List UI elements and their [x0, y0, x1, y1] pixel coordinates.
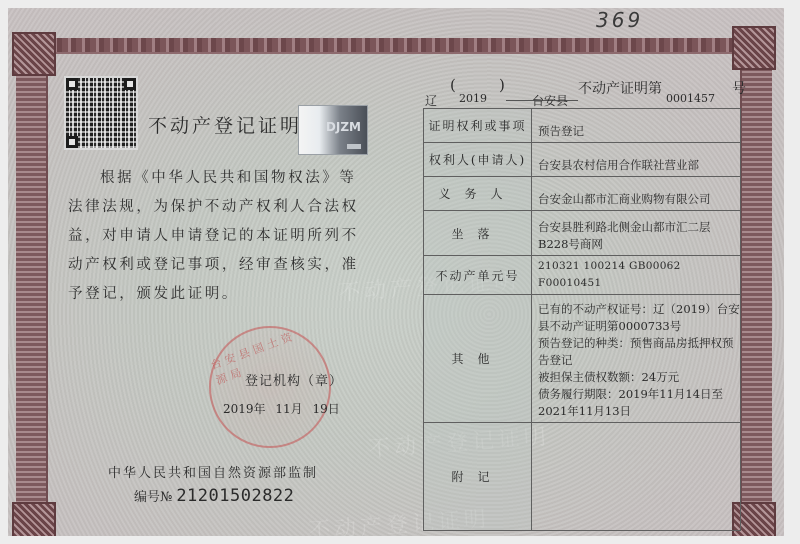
row-value: 台安县胜利路北侧金山都市汇二层B228号商网 — [532, 211, 741, 256]
handwritten-number: 369 — [596, 8, 643, 32]
registration-table: 证明权利或事项 预告登记 权利人(申请人) 台安县农村信用合作联社营业部 义务人… — [423, 108, 741, 531]
table-row: 义务人 台安金山都市汇商业购物有限公司 — [424, 177, 741, 211]
header-province: 辽 — [425, 92, 437, 109]
header-year: 2019 — [459, 92, 487, 105]
table-row: 附记 — [424, 423, 741, 531]
table-row: 不动产单元号 210321 100214 GB00062 F00010451 — [424, 256, 741, 295]
certificate-paper: 不动产登记证明 不动产登记证明 不动产登记证明 369 不动产登记证明 DJZM… — [8, 8, 784, 536]
row-label: 义务人 — [424, 177, 532, 211]
row-value: 预告登记 — [532, 109, 741, 143]
ornamental-border-right — [740, 38, 772, 536]
header-county: 台安县 — [532, 92, 568, 109]
ornament-corner-icon — [732, 26, 776, 70]
header-paren-close: ) — [499, 76, 505, 94]
header-cert-number: 0001457 — [666, 92, 715, 105]
row-label: 权利人(申请人) — [424, 143, 532, 177]
row-label: 坐落 — [424, 211, 532, 256]
supervisor-text: 中华人民共和国自然资源部监制 — [108, 462, 318, 481]
registration-org-label: 登记机构（章） — [245, 370, 343, 389]
ornament-corner-icon — [12, 502, 56, 536]
row-value — [532, 423, 741, 531]
row-value: 210321 100214 GB00062 F00010451 — [532, 256, 741, 295]
ornament-corner-icon — [12, 32, 56, 76]
row-value: 已有的不动产权证号：辽（2019）台安县不动产证明第0000733号 预告登记的… — [532, 295, 741, 423]
ornamental-border-left — [16, 38, 48, 536]
row-value: 台安县农村信用合作联社营业部 — [532, 143, 741, 177]
preamble-text: 根据《中华人民共和国物权法》等法律法规，为保护不动产权利人合法权益，对申请人申请… — [68, 164, 368, 309]
row-label: 证明权利或事项 — [424, 109, 532, 143]
header-cert-suffix: 号 — [732, 78, 746, 98]
row-label: 其他 — [424, 295, 532, 423]
qr-code-icon — [64, 76, 138, 150]
hologram-text: DJZM — [326, 120, 361, 134]
table-row: 权利人(申请人) 台安县农村信用合作联社营业部 — [424, 143, 741, 177]
header-paren-open: ( — [450, 76, 456, 94]
serial-number: 编号№21201502822 — [134, 486, 294, 506]
table-row: 证明权利或事项 预告登记 — [424, 109, 741, 143]
table-row: 其他 已有的不动产权证号：辽（2019）台安县不动产证明第0000733号 预告… — [424, 295, 741, 423]
certificate-title: 不动产登记证明 — [148, 111, 302, 138]
ornamental-border-top — [48, 38, 740, 54]
row-value: 台安金山都市汇商业购物有限公司 — [532, 177, 741, 211]
issue-date: 2019年 11月 19日 — [223, 400, 340, 417]
hologram-label: DJZM — [298, 105, 368, 155]
row-label: 附记 — [424, 423, 532, 531]
row-label: 不动产单元号 — [424, 256, 532, 295]
header-cert-label: 不动产证明第 — [578, 78, 662, 98]
table-row: 坐落 台安县胜利路北侧金山都市汇二层B228号商网 — [424, 211, 741, 256]
